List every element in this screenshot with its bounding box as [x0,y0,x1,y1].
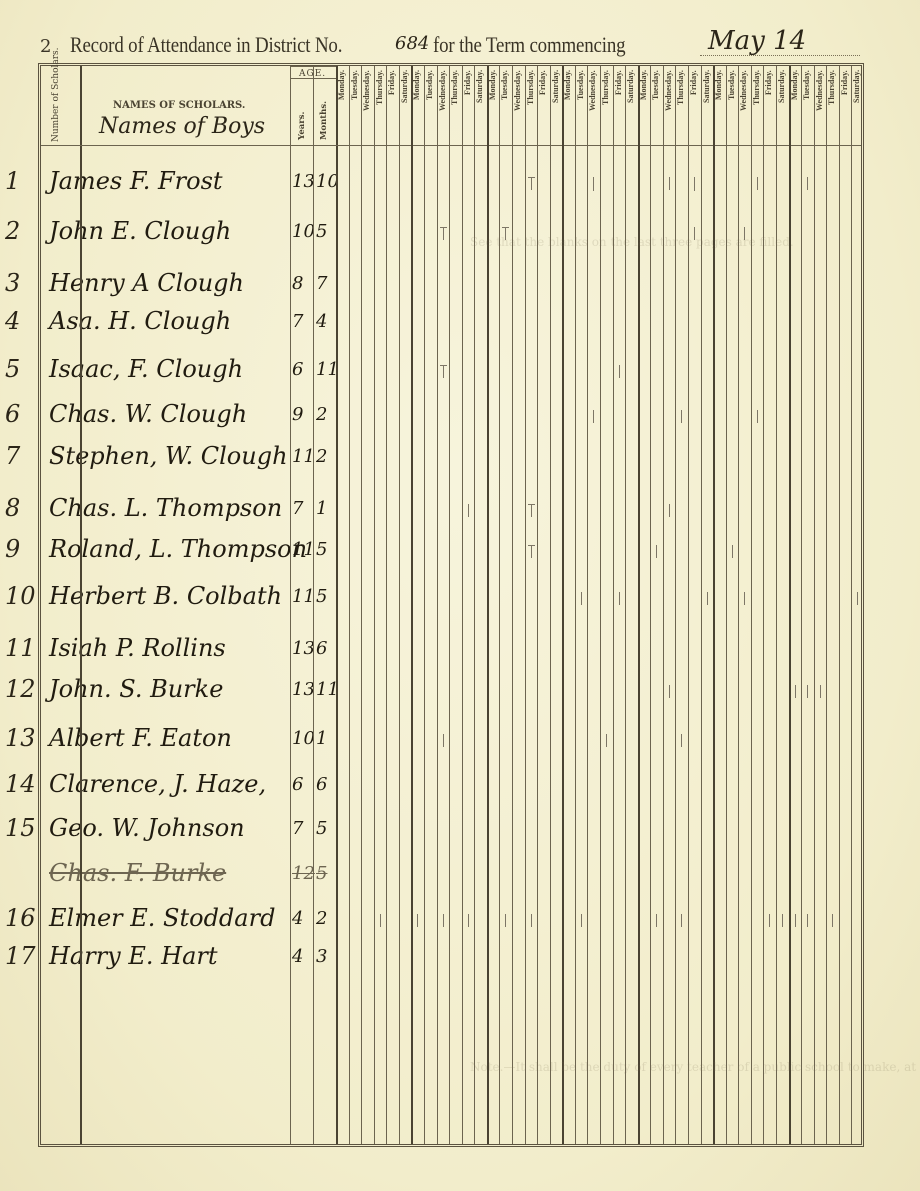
scholar-number: 14 [5,770,36,798]
day-rule [600,66,601,1144]
attendance-mark [807,914,808,927]
day-rule [851,66,852,1144]
day-rule [349,66,350,1144]
week-rule [789,66,791,1144]
age-years: 8 [292,273,303,294]
age-years: 12 [292,863,315,884]
day-rule [625,66,626,1144]
scholar-number: 5 [5,355,20,383]
age-months: 2 [316,446,327,467]
attendance-mark [807,685,808,698]
title-suffix: for the Term commencing [433,32,625,58]
term-date-dotted-line [700,55,860,56]
attendance-mark [694,177,695,191]
scholar-number: 13 [5,724,36,752]
attendance-mark [619,592,620,605]
attendance-mark [669,177,670,190]
day-rule [512,66,513,1144]
page-title: Record of Attendance in District No. [70,32,342,58]
scholar-number: 2 [5,217,20,245]
day-rule [701,66,702,1144]
attendance-mark [681,734,682,747]
day-rule [449,66,450,1144]
scholar-number: 12 [5,675,36,703]
attendance-mark [581,914,582,927]
age-months: 5 [316,539,327,560]
scholar-number: 9 [5,535,20,563]
scholar-name: Isiah P. Rollins [49,634,226,662]
day-rule [826,66,827,1144]
day-rule [688,66,689,1144]
attendance-form: Number of Scholars. NAMES OF SCHOLARS. N… [38,63,864,1147]
week-rule [562,66,564,1144]
attendance-mark [795,914,796,927]
column-rule [80,66,82,1144]
scholar-name: Chas. F. Burke [49,859,226,887]
age-years: 6 [292,359,303,380]
age-months: 1 [316,498,327,519]
age-header-rule [290,78,336,79]
day-rule [424,66,425,1144]
age-years: 11 [292,586,315,607]
attendance-mark [782,914,783,927]
scholar-number: 8 [5,494,20,522]
age-years: 13 [292,171,315,192]
scholar-name: Roland, L. Thompson [49,535,307,563]
day-rule [462,66,463,1144]
attendance-mark [593,177,594,191]
age-years: 7 [292,498,303,519]
week-rule [713,66,715,1144]
attendance-mark [443,365,444,378]
age-months: 5 [316,863,327,884]
attendance-mark [468,504,469,517]
attendance-mark [581,592,582,605]
attendance-mark [820,685,821,698]
day-rule [814,66,815,1144]
scholar-name: Asa. H. Clough [49,307,231,335]
attendance-mark [619,365,620,378]
scholar-name: James F. Frost [49,167,223,195]
age-months: 5 [316,586,327,607]
day-rule [650,66,651,1144]
age-years: 10 [292,728,315,749]
attendance-mark [656,914,657,927]
scholar-name: John E. Clough [49,217,231,245]
ghost-bleedthrough-text: Note.—It shall be the duty of every teac… [470,1060,920,1074]
scholar-name: John. S. Burke [49,675,223,703]
scholar-name: Isaac, F. Clough [49,355,243,383]
age-months: 2 [316,908,327,929]
scholar-name: Geo. W. Johnson [49,814,245,842]
scholar-name: Harry E. Hart [49,942,218,970]
age-years: 13 [292,679,315,700]
scholar-number: 11 [5,634,36,662]
attendance-mark [656,545,657,558]
age-years: 6 [292,774,303,795]
age-years: 4 [292,908,303,929]
scholar-name: Chas. W. Clough [49,400,247,428]
attendance-mark [669,685,670,698]
age-years: 7 [292,311,303,332]
scholar-name: Elmer E. Stoddard [49,904,275,932]
scholar-name: Herbert B. Colbath [49,582,282,610]
scholar-number: 7 [5,442,20,470]
week-rule [487,66,489,1144]
scholar-number: 3 [5,269,20,297]
day-rule [839,66,840,1144]
age-months: 7 [316,273,327,294]
week-rule [638,66,640,1144]
attendance-mark [531,177,532,190]
column-rule [336,66,338,1144]
column-rule [313,66,314,1144]
scholar-number: 17 [5,942,36,970]
day-rule [613,66,614,1144]
attendance-mark [732,545,733,558]
day-rule [763,66,764,1144]
attendance-mark [757,410,758,423]
day-rule [474,66,475,1144]
day-rule [751,66,752,1144]
attendance-mark [417,914,418,927]
day-rule [575,66,576,1144]
attendance-mark [443,227,444,240]
day-rule [525,66,526,1144]
scholar-number: 1 [5,167,20,195]
age-years: 7 [292,818,303,839]
attendance-mark [769,914,770,927]
scholar-name: Albert F. Eaton [49,724,232,752]
age-months: 1 [316,728,327,749]
day-rule [587,66,588,1144]
scholar-number: 4 [5,307,20,335]
attendance-mark [531,545,532,558]
attendance-mark [757,177,758,190]
day-rule [550,66,551,1144]
term-commencing-date: May 14 [708,26,806,56]
attendance-mark [443,914,444,927]
attendance-mark [807,177,808,190]
day-rule [776,66,777,1144]
attendance-mark [681,914,682,927]
attendance-mark [531,914,532,927]
day-rule [537,66,538,1144]
attendance-mark [795,685,796,698]
day-rule [663,66,664,1144]
age-months: 5 [316,818,327,839]
attendance-mark [468,914,469,927]
age-months: 6 [316,638,327,659]
attendance-mark [857,592,858,605]
scholar-name: Chas. L. Thompson [49,494,282,522]
age-years: 10 [292,221,315,242]
attendance-mark [505,914,506,927]
age-years: 11 [292,446,315,467]
attendance-mark [832,914,833,927]
day-rule [675,66,676,1144]
week-rule [411,66,413,1144]
scholar-name: Henry A Clough [49,269,244,297]
scholar-number: 10 [5,582,36,610]
age-years: 9 [292,404,303,425]
age-months: 6 [316,774,327,795]
age-months: 2 [316,404,327,425]
attendance-mark [744,592,745,605]
scholar-name: Stephen, W. Clough [49,442,288,470]
attendance-mark [669,504,670,517]
scholar-number: 6 [5,400,20,428]
age-months: 4 [316,311,327,332]
district-number: 684 [395,33,429,54]
day-rule [399,66,400,1144]
age-months: 3 [316,946,327,967]
day-rule [801,66,802,1144]
title-suffix-text: for the Term commencing [433,32,625,57]
attendance-mark [707,592,708,605]
age-years: 11 [292,539,315,560]
day-rule [361,66,362,1144]
day-rule [386,66,387,1144]
day-rule [374,66,375,1144]
day-rule [437,66,438,1144]
attendance-mark [531,504,532,517]
attendance-mark [593,410,594,423]
page-number: 2 [40,36,51,57]
age-months: 5 [316,221,327,242]
title-text: Record of Attendance in District No. [70,32,342,57]
scholar-number: 15 [5,814,36,842]
attendance-mark [606,734,607,747]
day-rule [726,66,727,1144]
attendance-mark [443,734,444,747]
column-rule [290,66,291,1144]
attendance-mark [681,410,682,423]
age-years: 4 [292,946,303,967]
day-rule [499,66,500,1144]
age-years: 13 [292,638,315,659]
day-rule [738,66,739,1144]
attendance-mark [380,914,381,927]
ghost-bleedthrough-text: See that the blanks on the last three pa… [470,235,794,249]
scholar-number: 16 [5,904,36,932]
age-top-rule [290,66,336,67]
